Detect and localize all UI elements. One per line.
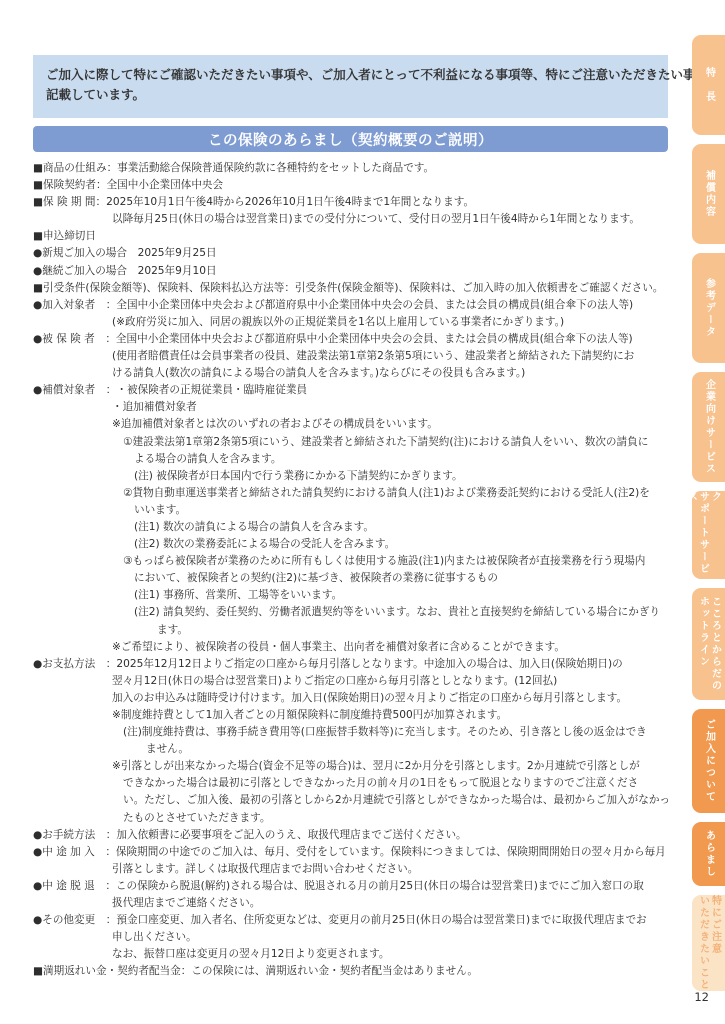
body-line: ■保 険 期 間：2025年10月1日午後4時から2026年10月1日午後4時ま… (33, 194, 681, 211)
notice-box: ご加入に際して特にご確認いただきたい事項や、ご加入者にとって不利益になる事項等、… (33, 55, 668, 118)
line-label: ■保 険 期 間： (33, 194, 106, 211)
line-text: なお、振替口座は変更月の翌々月12日より変更されます。 (112, 948, 389, 960)
line-text: ・追加補償対象者 (112, 401, 197, 413)
line-text: たものとさせていただきます。 (123, 812, 270, 824)
body-line: ●お手続方法 ：加入依頼書に必要事項をご記入のうえ、取扱代理店までご送付ください… (33, 827, 681, 844)
notice-line-2: 記載しています。 (46, 85, 655, 105)
page-number: 12 (694, 990, 709, 1004)
body-line: ・追加補償対象者 (33, 399, 681, 416)
line-text: 全国中小企業団体中央会および都道府県中小企業団体中央会の会員、または会員の構成員… (116, 333, 633, 345)
body-line: ①建設業法第1章第2条第5項にいう、建設業者と締結された下請契約(注)における請… (33, 434, 681, 451)
document-body: ■商品の仕組み：事業活動総合保険普通保険約款に各種特約をセットした商品です。 ■… (33, 160, 681, 981)
line-text: ※追加補償対象者とは次のいずれの者およびその構成員をいいます。 (112, 418, 438, 430)
sidebar-tab-label: ストレスチェック サポートサービス (685, 491, 725, 579)
line-text: (注)制度維持費は、事務手続き費用等(口座振替手数料等)に充当します。そのため、… (123, 726, 647, 738)
line-text: 事業活動総合保険普通保険約款に各種特約をセットした商品です。 (117, 162, 434, 174)
line-label: ●加入対象者 ： (33, 297, 116, 314)
line-text: ②貨物自動車運送事業者と締結された請負契約における請負人(注1)および業務委託契… (123, 487, 650, 499)
line-text: 全国中小企業団体中央会および都道府県中小企業団体中央会の会員、または会員の構成員… (116, 299, 633, 311)
body-line: たものとさせていただきます。 (33, 810, 681, 827)
body-line: ■引受条件(保険金額等)、保険料、保険料払込方法等：引受条件(保険金額等)、保険… (33, 280, 681, 297)
line-text: ※ご希望により、被保険者の役員・個人事業主、出向者を補償対象者に含めることができ… (112, 641, 565, 653)
line-text: 加入のお申込みは随時受け付けます。加入日(保険始期日)の翌々月よりご指定の口座か… (112, 692, 627, 704)
body-line: ■保険契約者：全国中小企業団体中央会 (33, 177, 681, 194)
body-line: (※政府労災に加入、同居の親族以外の正規従業員を1名以上雇用している事業者にかぎ… (33, 314, 681, 331)
body-line: (注)制度維持費は、事務手続き費用等(口座振替手数料等)に充当します。そのため、… (33, 724, 681, 741)
body-line: (注2) 数次の業務委託による場合の受託人を含みます。 (33, 536, 681, 553)
sidebar-tab-label: こころとからだの ホットライン (697, 596, 721, 692)
line-text: ■申込締切日 (33, 230, 96, 242)
line-text: 預金口座変更、加入者名、住所変更などは、変更月の前月25日(休日の場合は翌営業日… (116, 914, 646, 926)
sidebar-tab: ご加入について (692, 709, 725, 813)
body-line: ■満期返れい金・契約者配当金：この保険には、満期返れい金・契約者配当金はありませ… (33, 963, 681, 980)
line-text: ※引落としが出来なかった場合(資金不足等の場合)は、翌月に2か月分を引落とします… (112, 760, 640, 772)
body-line: 加入のお申込みは随時受け付けます。加入日(保険始期日)の翌々月よりご指定の口座か… (33, 690, 681, 707)
line-label: ●被 保 険 者 ： (33, 331, 116, 348)
line-text: この保険から脱退(解約)される場合は、脱退される月の前月25日(休日の場合は翌営… (116, 880, 644, 892)
body-line: (注1) 数次の請負による場合の請負人を含みます。 (33, 519, 681, 536)
line-text: ける請負人(数次の請負による場合の請負人を含みます。)ならびにその役員も含みます… (112, 367, 525, 379)
line-text: 引落とします。詳しくは取扱代理店までお問い合わせください。 (112, 863, 418, 875)
line-text: (注) 被保険者が日本国内で行う業務にかかる下請契約にかぎります。 (134, 470, 463, 482)
line-label: ●補償対象者 ： (33, 382, 116, 399)
body-line: ●中 途 脱 退 ：この保険から脱退(解約)される場合は、脱退される月の前月25… (33, 878, 681, 895)
section-title: この保険のあらまし（契約概要のご説明） (208, 129, 493, 150)
body-line: ●その他変更 ：預金口座変更、加入者名、住所変更などは、変更月の前月25日(休日… (33, 912, 681, 929)
line-text: ●継続ご加入の場合 2025年9月10日 (33, 265, 217, 277)
line-text: ●新規ご加入の場合 2025年9月25日 (33, 247, 217, 259)
body-line: ②貨物自動車運送事業者と締結された請負契約における請負人(注1)および業務委託契… (33, 485, 681, 502)
line-text: よる場合の請負人を含みます。 (134, 453, 281, 465)
line-text: ※制度維持費として1加入者ごとの月額保険料に制度維持費500円が加算されます。 (112, 709, 507, 721)
line-text: 2025年10月1日午後4時から2026年10月1日午後4時まで1年間となります… (106, 196, 474, 208)
body-line: ※引落としが出来なかった場合(資金不足等の場合)は、翌月に2か月分を引落とします… (33, 758, 681, 775)
line-label: ●お支払方法 ： (33, 656, 116, 673)
line-text: ・被保険者の正規従業員・臨時雇従業員 (116, 384, 307, 396)
sidebar-tab-label: あらまし (703, 830, 715, 878)
line-label: ■満期返れい金・契約者配当金： (33, 963, 191, 980)
line-text: 加入依頼書に必要事項をご記入のうえ、取扱代理店までご送付ください。 (116, 829, 466, 841)
sidebar-tab: 補償内容 (692, 144, 725, 244)
line-text: 翌々月12日(休日の場合は翌営業日)よりご指定の口座から毎月引落としとなります。… (112, 675, 557, 687)
body-line: ※制度維持費として1加入者ごとの月額保険料に制度維持費500円が加算されます。 (33, 707, 681, 724)
section-header-bar: この保険のあらまし（契約概要のご説明） (33, 126, 668, 152)
sidebar-tab-label: 特 長 (703, 67, 715, 103)
body-line: 申し出ください。 (33, 929, 681, 946)
line-text: において、被保険者との契約(注2)に基づき、被保険者の業務に従事するもの (134, 572, 498, 584)
body-line: (注) 被保険者が日本国内で行う業務にかかる下請契約にかぎります。 (33, 468, 681, 485)
line-text: (使用者賠償責任は会員事業者の役員、建設業法第1章第2条第5項にいう、建設業者と… (112, 350, 634, 362)
body-line: (注2) 請負契約、委任契約、労働者派遣契約等をいいます。なお、貴社と直接契約を… (33, 604, 681, 621)
body-line: ※追加補償対象者とは次のいずれの者およびその構成員をいいます。 (33, 416, 681, 433)
body-line: ●新規ご加入の場合 2025年9月25日 (33, 245, 681, 262)
body-line: ける請負人(数次の請負による場合の請負人を含みます。)ならびにその役員も含みます… (33, 365, 681, 382)
line-text: い。ただし、ご加入後、最初の引落としから2か月連続で引落としができなかった場合は… (123, 794, 670, 806)
body-line: なお、振替口座は変更月の翌々月12日より変更されます。 (33, 946, 681, 963)
line-text: (※政府労災に加入、同居の親族以外の正規従業員を1名以上雇用している事業者にかぎ… (112, 316, 564, 328)
body-line: (使用者賠償責任は会員事業者の役員、建設業法第1章第2条第5項にいう、建設業者と… (33, 348, 681, 365)
sidebar-tab-label: ご加入について (703, 719, 715, 803)
sidebar-tab-label: 企業向けサービス (703, 379, 715, 475)
body-line: い。ただし、ご加入後、最初の引落としから2か月連続で引落としができなかった場合は… (33, 792, 681, 809)
line-text: 申し出ください。 (112, 931, 197, 943)
body-line: ■商品の仕組み：事業活動総合保険普通保険約款に各種特約をセットした商品です。 (33, 160, 681, 177)
body-line: 扱代理店までご連絡ください。 (33, 895, 681, 912)
line-text: ■引受条件(保険金額等)、保険料、保険料払込方法等：引受条件(保険金額等)、保険… (33, 282, 663, 294)
body-line: ●補償対象者 ：・被保険者の正規従業員・臨時雇従業員 (33, 382, 681, 399)
body-line: 引落とします。詳しくは取扱代理店までお問い合わせください。 (33, 861, 681, 878)
line-text: (注2) 数次の業務委託による場合の受託人を含みます。 (134, 538, 395, 550)
body-line: ■申込締切日 (33, 228, 681, 245)
sidebar-tab-label: 補償内容 (703, 170, 715, 218)
body-line: ません。 (33, 741, 681, 758)
line-text: (注1) 事務所、営業所、工場等をいいます。 (134, 589, 342, 601)
line-label: ■保険契約者： (33, 177, 107, 194)
line-text: ③もっぱら被保険者が業務のために所有もしくは使用する施設(注1)内または被保険者… (123, 555, 645, 567)
body-line: ●継続ご加入の場合 2025年9月10日 (33, 263, 681, 280)
body-line: よる場合の請負人を含みます。 (33, 451, 681, 468)
sidebar-tab: 企業向けサービス (692, 372, 725, 482)
line-text: 全国中小企業団体中央会 (107, 179, 224, 191)
line-text: いいます。 (134, 504, 186, 516)
sidebar-tab: あらまし (692, 822, 725, 886)
side-tab-rail: 特 長 補償内容 参考データ 企業向けサービス ストレスチェック サポートサービ… (692, 35, 725, 991)
body-line: いいます。 (33, 502, 681, 519)
line-text: 扱代理店までご連絡ください。 (112, 897, 260, 909)
line-text: ません。 (146, 743, 189, 755)
line-text: 保険期間の中途でのご加入は、毎月、受付をしています。保険料につきましては、保険期… (116, 846, 666, 858)
line-text: できなかった場合は最初に引落としできなかった月の前々月の1日をもって脱退となりま… (123, 777, 638, 789)
body-line: ます。 (33, 622, 681, 639)
sidebar-tab-label: 参考データ (703, 278, 715, 338)
body-line: において、被保険者との契約(注2)に基づき、被保険者の業務に従事するもの (33, 570, 681, 587)
body-line: (注1) 事務所、営業所、工場等をいいます。 (33, 587, 681, 604)
line-label: ●中 途 加 入 ： (33, 844, 116, 861)
notice-line-1: ご加入に際して特にご確認いただきたい事項や、ご加入者にとって不利益になる事項等、… (46, 65, 655, 85)
sidebar-tab: こころとからだの ホットライン (692, 588, 725, 700)
sidebar-tab: 参考データ (692, 253, 725, 363)
line-text: (注2) 請負契約、委任契約、労働者派遣契約等をいいます。なお、貴社と直接契約を… (134, 606, 660, 618)
body-line: ●被 保 険 者 ：全国中小企業団体中央会および都道府県中小企業団体中央会の会員… (33, 331, 681, 348)
body-line: ※ご希望により、被保険者の役員・個人事業主、出向者を補償対象者に含めることができ… (33, 639, 681, 656)
line-text: ①建設業法第1章第2条第5項にいう、建設業者と締結された下請契約(注)における請… (123, 436, 648, 448)
sidebar-tab-label: 特にご注意 いただきたいこと (697, 895, 721, 991)
sidebar-tab: 特 長 (692, 35, 725, 135)
body-line: できなかった場合は最初に引落としできなかった月の前々月の1日をもって脱退となりま… (33, 775, 681, 792)
line-text: ます。 (157, 624, 188, 636)
body-line: ●中 途 加 入 ：保険期間の中途でのご加入は、毎月、受付をしています。保険料に… (33, 844, 681, 861)
line-label: ●中 途 脱 退 ： (33, 878, 116, 895)
body-line: 翌々月12日(休日の場合は翌営業日)よりご指定の口座から毎月引落としとなります。… (33, 673, 681, 690)
body-line: ●お支払方法 ：2025年12月12日よりご指定の口座から毎月引落しとなります。… (33, 656, 681, 673)
sidebar-tab: 特にご注意 いただきたいこと (692, 895, 725, 991)
line-text: 以降毎月25日(休日の場合は翌営業日)までの受付分について、受付日の翌月1日午後… (112, 213, 640, 225)
sidebar-tab: ストレスチェック サポートサービス (692, 491, 725, 579)
line-label: ●その他変更 ： (33, 912, 116, 929)
line-text: 2025年12月12日よりご指定の口座から毎月引落しとなります。中途加入の場合は… (116, 658, 622, 670)
line-text: (注1) 数次の請負による場合の請負人を含みます。 (134, 521, 374, 533)
line-text: この保険には、満期返れい金・契約者配当金はありません。 (191, 965, 478, 977)
line-label: ■商品の仕組み： (33, 160, 117, 177)
body-line: ●加入対象者 ：全国中小企業団体中央会および都道府県中小企業団体中央会の会員、ま… (33, 297, 681, 314)
line-label: ●お手続方法 ： (33, 827, 116, 844)
body-line: 以降毎月25日(休日の場合は翌営業日)までの受付分について、受付日の翌月1日午後… (33, 211, 681, 228)
body-line: ③もっぱら被保険者が業務のために所有もしくは使用する施設(注1)内または被保険者… (33, 553, 681, 570)
